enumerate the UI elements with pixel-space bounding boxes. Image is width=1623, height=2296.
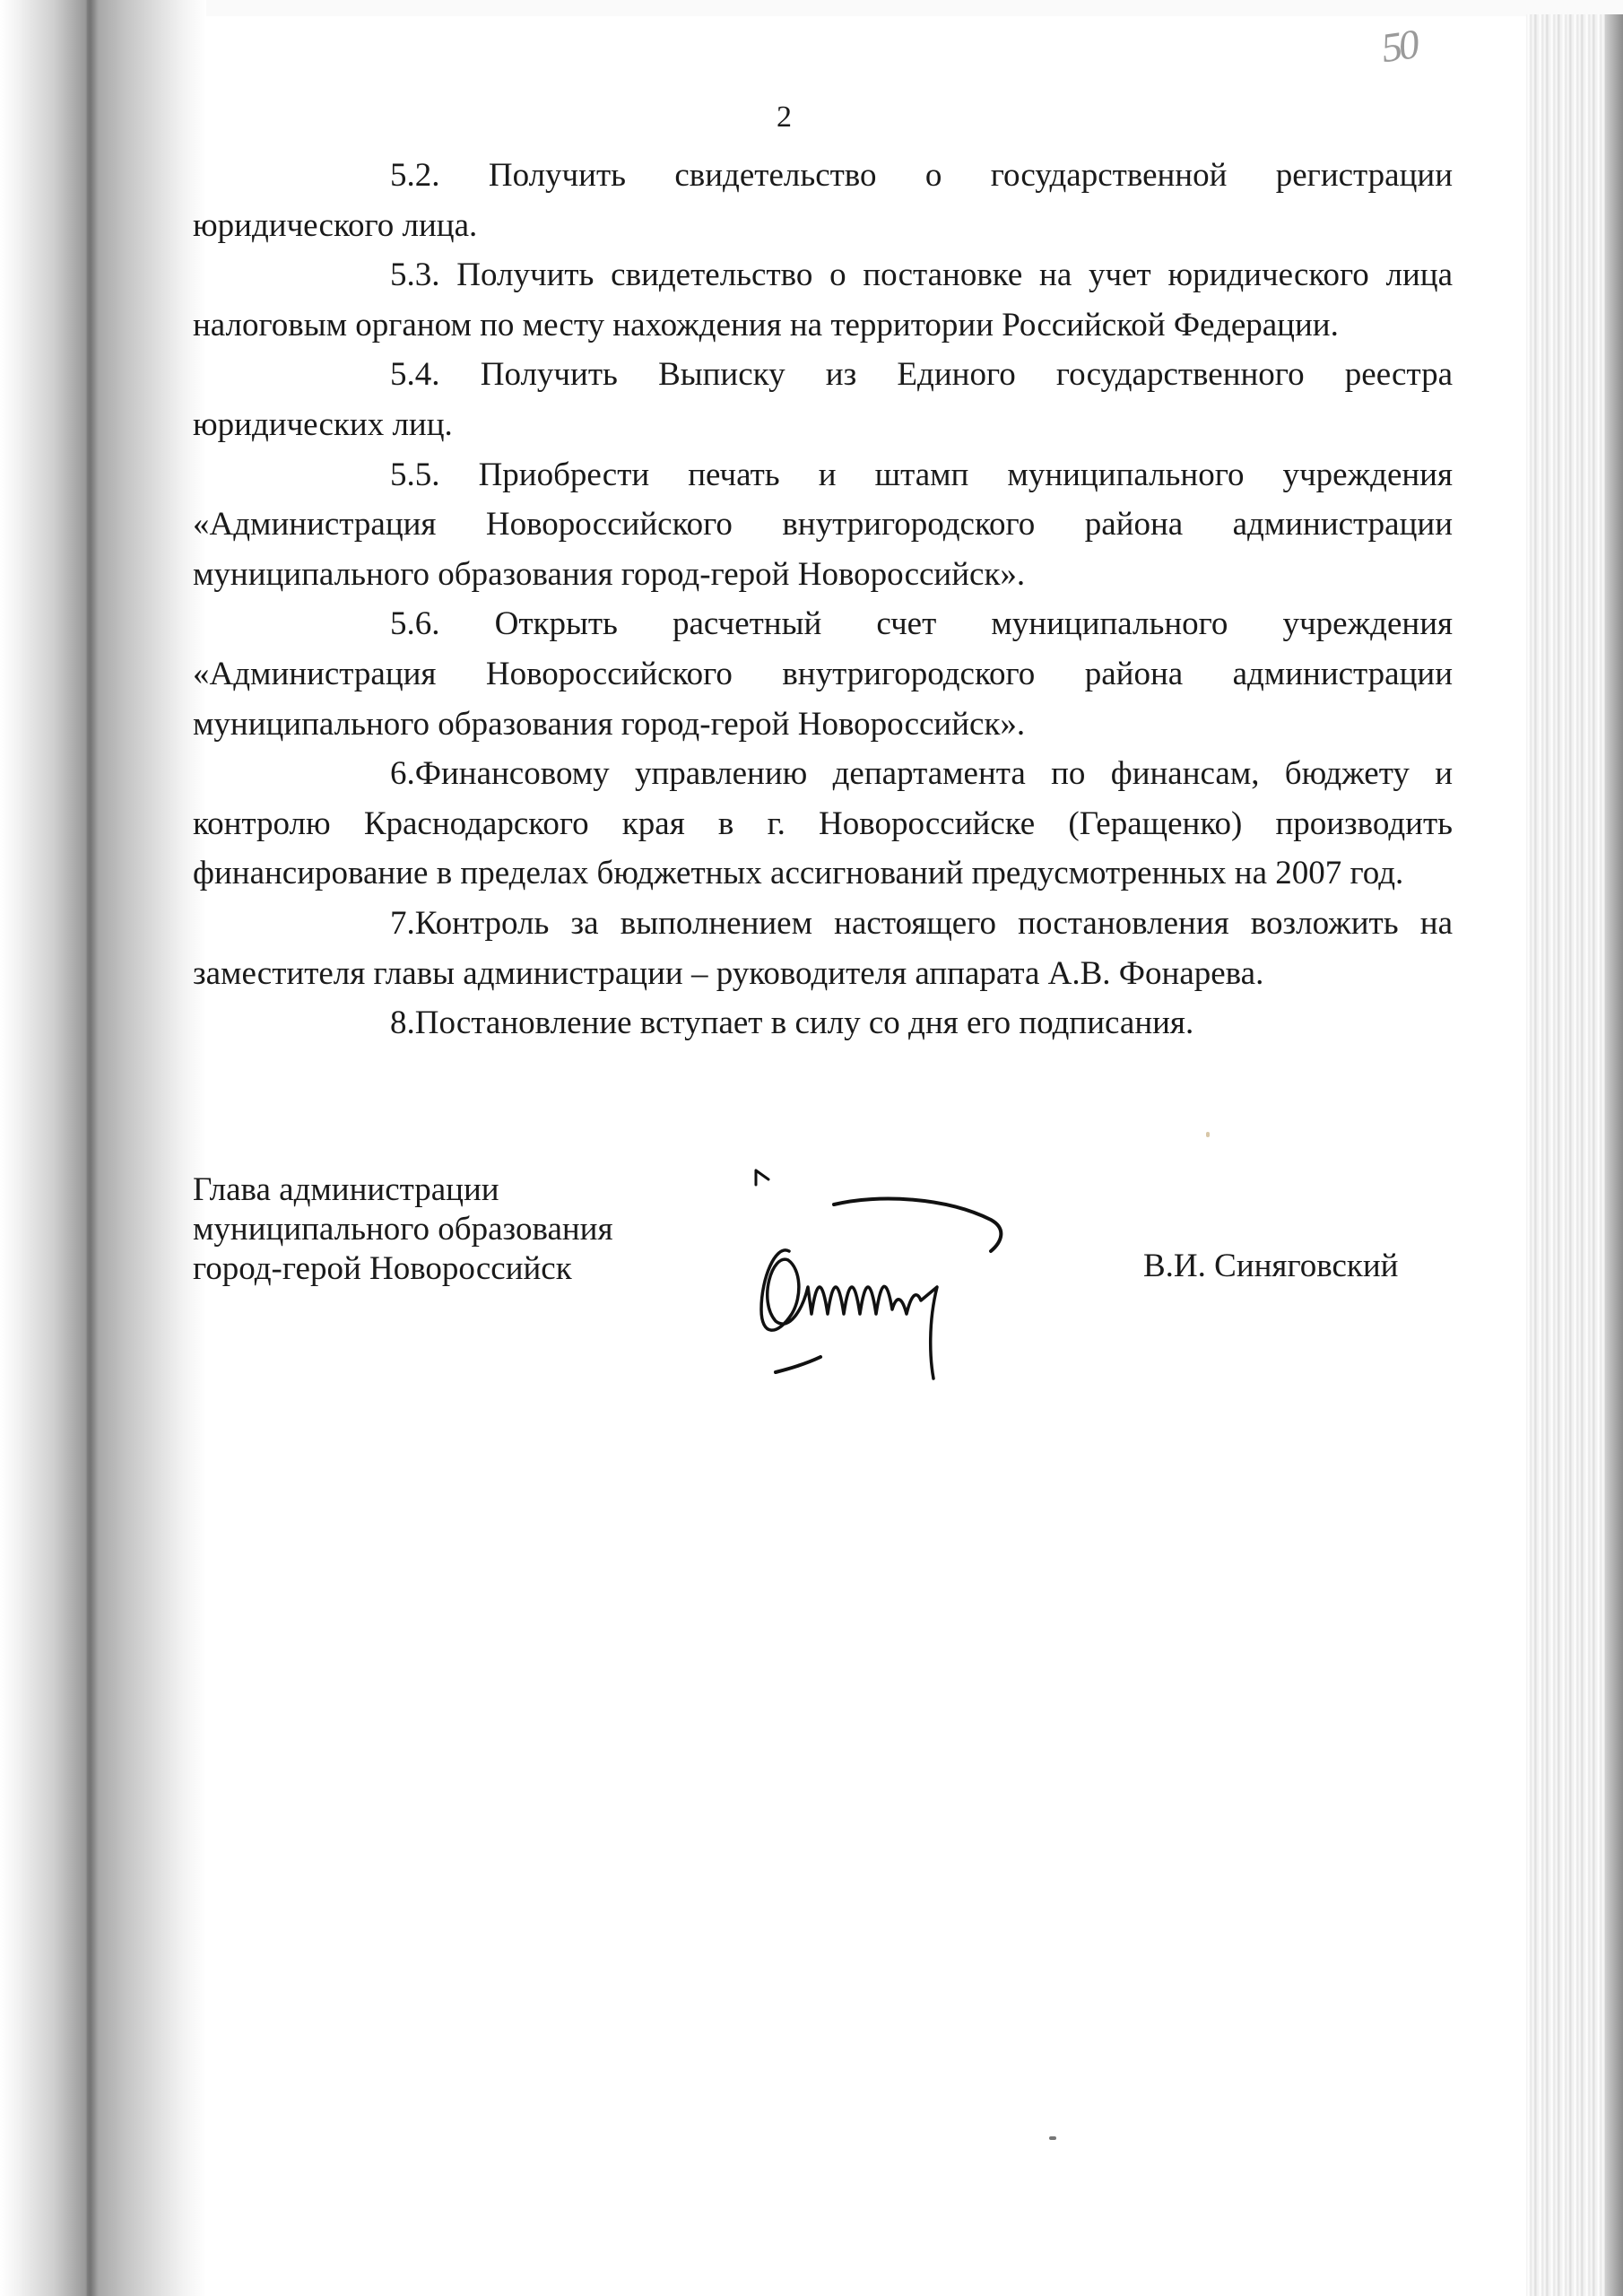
page-stack-edges: [1526, 14, 1623, 2296]
paragraph-number: 8.: [291, 998, 415, 1048]
scan-speck: [1206, 1132, 1210, 1137]
paragraph-5-5: 5.5. Приобрести печать и штамп муниципал…: [193, 450, 1453, 600]
signatory-title-line: город-герой Новороссийск: [193, 1249, 612, 1289]
paragraph-8: 8.Постановление вступает в силу со дня е…: [193, 998, 1453, 1048]
paragraph-5-2: 5.2. Получить свидетельство о государств…: [193, 151, 1453, 250]
signatory-title-line: муниципального образования: [193, 1210, 612, 1249]
signatory-title: Глава администрации муниципального образ…: [193, 1170, 612, 1289]
handwritten-folio-number: 50: [1378, 8, 1505, 69]
paragraph-number: 5.6.: [291, 599, 440, 649]
paragraph-5-6: 5.6. Открыть расчетный счет муниципально…: [193, 599, 1453, 749]
paragraph-number: 7.: [291, 899, 415, 949]
paragraph-number: 5.5.: [291, 450, 440, 500]
document-body: 5.2. Получить свидетельство о государств…: [193, 151, 1453, 1048]
paragraph-text: Постановление вступает в силу со дня его…: [415, 1004, 1193, 1041]
paragraph-number: 5.4.: [291, 350, 440, 400]
signatory-name: В.И. Синяговский: [1143, 1247, 1398, 1285]
signature-block: Глава администрации муниципального образ…: [193, 1170, 1457, 1404]
paragraph-5-3: 5.3. Получить свидетельство о постановке…: [193, 250, 1453, 350]
paragraph-7: 7.Контроль за выполнением настоящего пос…: [193, 899, 1453, 998]
paragraph-number: 6.: [291, 749, 415, 799]
binding-shadow: [0, 0, 206, 2296]
paragraph-6: 6.Финансовому управлению департамента по…: [193, 749, 1453, 899]
handwritten-signature-icon: [722, 1144, 1098, 1386]
scan-border: [0, 0, 1623, 16]
paragraph-number: 5.2.: [291, 151, 440, 201]
paragraph-number: 5.3.: [291, 250, 440, 300]
paragraph-5-4: 5.4. Получить Выписку из Единого государ…: [193, 350, 1453, 449]
signatory-title-line: Глава администрации: [193, 1170, 612, 1210]
page-number: 2: [777, 100, 792, 135]
scan-speck: [1049, 2136, 1056, 2140]
